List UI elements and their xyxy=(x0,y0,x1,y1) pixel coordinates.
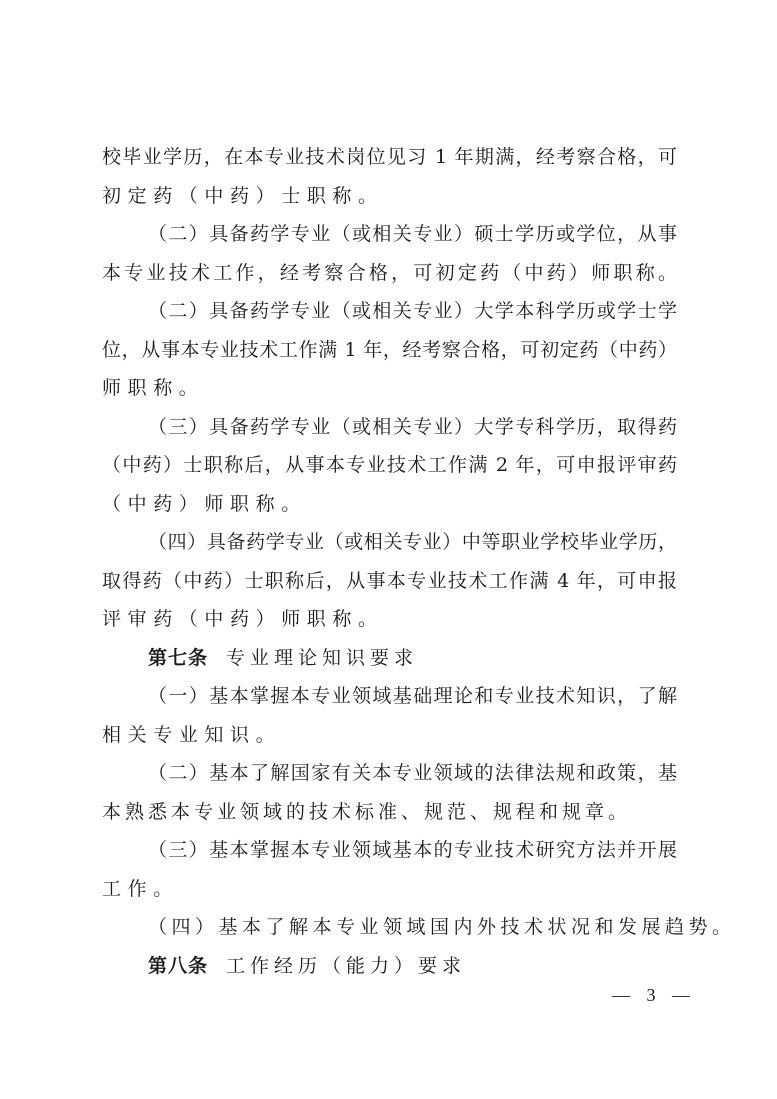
paragraph-line: 评审药（中药）师职称。 xyxy=(102,607,677,631)
paragraph-line: （一）基本掌握本专业领域基础理论和专业技术知识，了解 xyxy=(148,684,677,708)
paragraph-line: 相关专业知识。 xyxy=(102,723,677,747)
paragraph-line: （三）具备药学专业（或相关专业）大学专科学历，取得药 xyxy=(148,415,677,439)
paragraph-line: （中药）师职称。 xyxy=(102,492,677,516)
paragraph-line: （二）具备药学专业（或相关专业）大学本科学历或学士学 xyxy=(148,299,677,323)
article-7-label: 第七条 xyxy=(148,647,208,669)
article-7-title: 专业理论知识要求 xyxy=(226,647,418,669)
paragraph-line: 本熟悉本专业领域的技术标准、规范、规程和规章。 xyxy=(102,800,677,824)
article-8-label: 第八条 xyxy=(148,955,208,977)
paragraph-line: （四）基本了解本专业领域国内外技术状况和发展趋势。 xyxy=(148,915,677,939)
page-number: — 3 — xyxy=(612,985,696,1006)
paragraph-line: 取得药（中药）士职称后，从事本专业技术工作满 4 年，可申报 xyxy=(102,569,677,593)
document-page: 校毕业学历，在本专业技术岗位见习 1 年期满，经考察合格，可 初定药（中药）士职… xyxy=(0,0,777,1099)
paragraph-line: 校毕业学历，在本专业技术岗位见习 1 年期满，经考察合格，可 xyxy=(102,145,677,169)
paragraph-line: （二）基本了解国家有关本专业领域的法律法规和政策，基 xyxy=(148,761,677,785)
article-7-heading: 第七条专业理论知识要求 xyxy=(148,646,677,670)
paragraph-line: 位，从事本专业技术工作满 1 年，经考察合格，可初定药（中药） xyxy=(102,338,677,362)
article-8-heading: 第八条工作经历（能力）要求 xyxy=(148,954,677,978)
paragraph-line: （四）具备药学专业（或相关专业）中等职业学校毕业学历， xyxy=(148,530,677,554)
paragraph-line: （三）基本掌握本专业领域基本的专业技术研究方法并开展 xyxy=(148,838,677,862)
paragraph-line: （二）具备药学专业（或相关专业）硕士学历或学位，从事 xyxy=(148,222,677,246)
paragraph-line: 初定药（中药）士职称。 xyxy=(102,184,677,208)
paragraph-line: 工作。 xyxy=(102,877,677,901)
paragraph-line: 师职称。 xyxy=(102,376,677,400)
paragraph-line: 本专业技术工作，经考察合格，可初定药（中药）师职称。 xyxy=(102,261,677,285)
article-8-title: 工作经历（能力）要求 xyxy=(226,955,466,977)
paragraph-line: （中药）士职称后，从事本专业技术工作满 2 年，可申报评审药 xyxy=(102,453,677,477)
